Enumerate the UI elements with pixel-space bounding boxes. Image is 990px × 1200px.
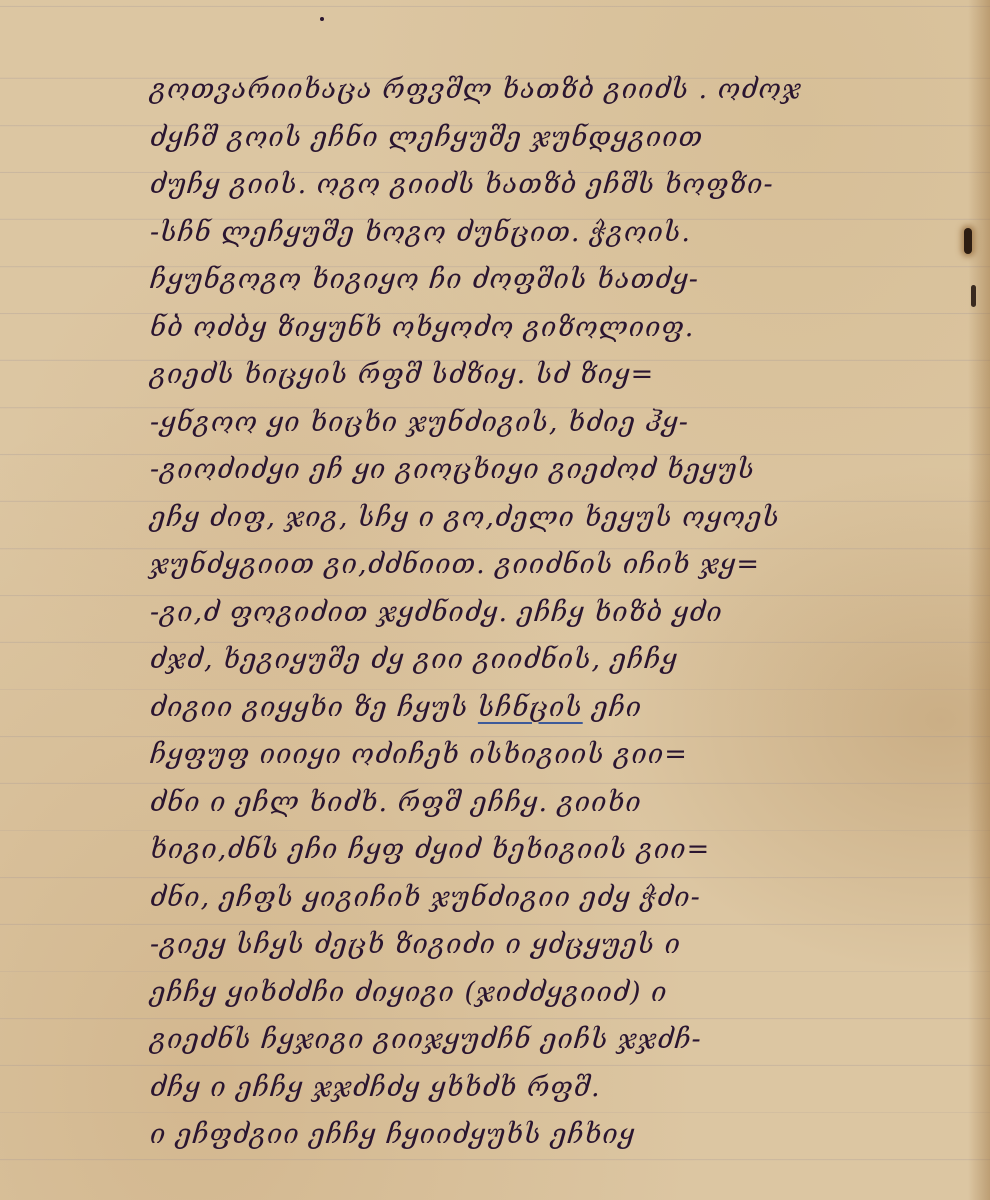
text-line: ხიგი,ძნს ეჩი ჩყფ ძყიძ ხეხიგიის გიი= — [150, 826, 950, 874]
text-line: -გი,ძ ფოგიძით ჯყძნიძყ. ეჩჩყ ხიზბ ყძი — [150, 589, 950, 637]
ink-dot — [320, 17, 324, 21]
text-line: ჩყფუფ იიიყი ოძიჩეხ ისხიგიის გიი= — [150, 731, 950, 779]
text-line: ეჩყ ძიფ, ჯიგ, სჩყ ი გო,ძელი ხეყუს ოყოეს — [150, 494, 950, 542]
text-line: გიეძნს ჩყჯიგი გიიჯყუძჩნ ეიჩს ჯჯძჩ- — [150, 1016, 950, 1064]
underlined-word: სჩნცის — [478, 692, 583, 723]
handwritten-text-block: გოთვარიიხაცა რფვშლ ხათზბ გიიძს . ოძოჯ ძყ… — [150, 66, 950, 1159]
text-line: ძნი, ეჩფს ყიგიჩიხ ჯუნძიგიი ეძყ ჭძი- — [150, 874, 950, 922]
text-line: ი ეჩფძგიი ეჩჩყ ჩყიიძყუხს ეჩხიყ — [150, 1111, 950, 1159]
text-line: ძუჩყ გიის. ოგო გიიძს ხათზბ ეჩშს ხოფზი- — [150, 161, 950, 209]
text-line: ძჩყ ი ეჩჩყ ჯჯძჩძყ ყხხძხ რფშ. — [150, 1064, 950, 1112]
text-line: -გიოძიძყი ეჩ ყი გიოცხიყი გიეძოძ ხეყუს — [150, 446, 950, 494]
page-binding-edge — [968, 0, 990, 1200]
text-line: ძნი ი ეჩლ ხიძხ. რფშ ეჩჩყ. გიიხი — [150, 779, 950, 827]
text-segment: ძიგიი გიყყხი ზე ჩყუს — [150, 692, 478, 723]
text-line: ძყჩშ გოის ეჩნი ლეჩყუშე ჯუნდყგიით — [150, 114, 950, 162]
binding-hole — [964, 228, 972, 254]
text-line: ნბ ოძბყ ზიყუნხ ოხყოძო გიზოლიიფ. — [150, 304, 950, 352]
text-line-with-underline: ძიგიი გიყყხი ზე ჩყუს სჩნცის ეჩი — [150, 684, 950, 732]
text-line: გიეძს ხიცყის რფშ სძზიყ. სძ ზიყ= — [150, 351, 950, 399]
manuscript-page: გოთვარიიხაცა რფვშლ ხათზბ გიიძს . ოძოჯ ძყ… — [0, 0, 990, 1200]
text-line: გოთვარიიხაცა რფვშლ ხათზბ გიიძს . ოძოჯ — [150, 66, 950, 114]
text-line: ჩყუნგოგო ხიგიყო ჩი ძოფშის ხათძყ- — [150, 256, 950, 304]
binding-mark — [971, 285, 976, 307]
text-line: ძჯძ, ხეგიყუშე ძყ გიი გიიძნის, ეჩჩყ — [150, 636, 950, 684]
text-line: -ყნგოო ყი ხიცხი ჯუნძიგის, ხძიე ჰყ- — [150, 399, 950, 447]
text-line: -გიეყ სჩყს ძეცხ ზიგიძი ი ყძცყუეს ი — [150, 921, 950, 969]
text-line: ეჩჩყ ყიხძძჩი ძიყიგი (ჯიძძყგიიძ) ი — [150, 969, 950, 1017]
text-line: -სჩნ ლეჩყუშე ხოგო ძუნცით. ჭგოის. — [150, 209, 950, 257]
text-line: ჯუნძყგიით გი,ძძნიით. გიიძნის იჩიხ ჯყ= — [150, 541, 950, 589]
